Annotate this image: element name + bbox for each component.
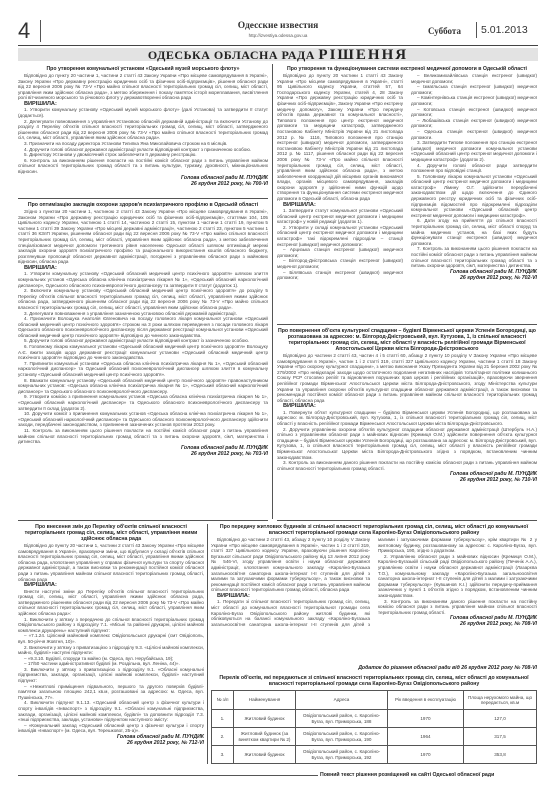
resolution-item: 1. Утворити комунальну установу «Одеськи… — [18, 107, 268, 118]
resolution-item: 9. Утворити комісію з припинення комунал… — [18, 394, 268, 411]
article-title: Про оптимізацію закладів охорони здоров'… — [18, 202, 268, 208]
masthead: 4 Одесские известия http://izvestiya.ode… — [18, 18, 538, 46]
resolution-item: 2. Управлінню обласної ради з майнових в… — [378, 554, 537, 599]
resolution-item: 8. Вважати комунальну установу «Одеський… — [18, 378, 268, 395]
cell-year: 1970 — [388, 710, 464, 728]
resolution-item: – Ізмаїльська станція екстреної (швидкої… — [411, 84, 537, 95]
resolution-item: – «Нежитлові приміщення підвального, пер… — [18, 684, 204, 701]
cell-number: 1. — [212, 710, 234, 728]
cell-area: 127,0 — [464, 710, 537, 728]
article-preamble: Відповідно до пункту 20 частини 1, части… — [18, 543, 204, 582]
resolution-item: – Котовська станція екстреної (швидкої) … — [411, 107, 537, 118]
resolution-item: – «Комунальний заклад «Одеський обласний… — [18, 723, 204, 734]
page-number: 4 — [18, 20, 41, 42]
article-preamble: Відповідно до частини 2 статті 43, абзац… — [211, 537, 370, 593]
resolution-item: 7. Контроль за виконанням цього рішення … — [411, 246, 537, 268]
resolution-item: 3. Виключити у зв'язку з приватизацією з… — [18, 667, 204, 684]
cell-year: 1970 — [388, 746, 464, 764]
resolution-item: 7. Припинити комунальні установи «Одеськ… — [18, 361, 268, 378]
col-name: Найменування — [234, 691, 296, 710]
resolution-item: 4. Виключити підпункт 9.1.13. «Одеський … — [18, 700, 204, 722]
article-housing-transfer: Про передачу житлових будинків зі спільн… — [211, 524, 537, 627]
article-armenian-church: Про повернення об'єкта культурної спадщи… — [277, 328, 537, 483]
resolution-item: – «7.1.24. Цілісний майновий комплекс Ов… — [18, 633, 204, 644]
article-psychiatric: Про оптимізацію закладів охорони здоров'… — [18, 202, 268, 457]
decree-number: 26 грудня 2012 року, № 703-VI — [18, 451, 268, 457]
article-body: Відповідно до частини 2 статті 43, части… — [277, 353, 537, 483]
article-body: Відповідно до пункту 20 частини 1, части… — [18, 73, 268, 187]
article-preamble: Відповідно до пункту 20 частини 1, части… — [18, 73, 268, 101]
resolution-item: 1. Повернути об'єкт культурної спадщини … — [277, 410, 537, 427]
resolution-item: – Комінтернівська станція екстреної (шви… — [411, 95, 537, 106]
resolution-item: 1. Виключити у зв'язку з передачею до сп… — [18, 617, 204, 634]
cell-address: Овідіопольський район, с. Кароліно-Бугаз… — [296, 728, 388, 746]
divider — [277, 520, 537, 521]
decree-number: 26 грудня 2012 року, № 710-VI — [277, 477, 537, 483]
cell-name: Житловий будинок — [234, 710, 296, 728]
resolution-item: 11. Контроль за виконанням цього рішення… — [18, 428, 268, 445]
divider — [18, 520, 268, 521]
resolution-item: 1. Затвердити статут комунальної установ… — [277, 208, 403, 225]
resolution-item: 3. Контроль за виконанням даного рішення… — [277, 460, 537, 471]
column-divider — [272, 64, 273, 519]
column-divider — [207, 524, 208, 764]
resolution-item: 3. Затвердити Типове положення про станц… — [411, 140, 537, 162]
resolution-item: 2. Включити комунальну установу «Одеськи… — [18, 288, 268, 310]
appendix-heading: Додаток до рішення обласної ради від 26 … — [211, 665, 537, 671]
newspaper-name: Одесские известия — [168, 21, 388, 31]
article-title: Про утворення комунальної установи «Одес… — [18, 66, 268, 72]
banner-council: ОДЕСЬКА ОБЛАСНА РАДА — [148, 48, 319, 62]
resolution-item: 1. Утворити комунальну установу «Одеськи… — [18, 271, 268, 288]
resolution-item: 6. Контроль за виконанням рішення поклас… — [18, 158, 268, 175]
resolution-item: – Біляївська станція екстреної (швидкої)… — [277, 270, 403, 281]
footer-rule — [18, 775, 318, 776]
decree-number: 26 грудня 2012 року, № 700-VI — [18, 181, 268, 187]
article-body: Відповідно до пункту 20 частини 1 статті… — [277, 73, 537, 281]
cell-year: 1964 — [388, 728, 464, 746]
decree-number: 26 грудня 2012 року, № 712-VI — [18, 740, 204, 746]
cell-number: 3. — [212, 746, 234, 764]
article-body: Відповідно до пункту 20 частини 1, части… — [18, 543, 204, 746]
resolution-item: 4. Призначити Волощука Анатолія Євгенови… — [18, 316, 268, 338]
table-row: 3. Житловий будинок Овідіопольський райо… — [212, 746, 537, 764]
divider — [277, 324, 537, 325]
resolution-item: – Одеська станція екстреної (швидкої) ме… — [411, 129, 537, 140]
table-row: 1. Житловий будинок Овідіопольський райо… — [212, 710, 537, 728]
cell-area: 317,5 — [464, 728, 537, 746]
table-row: 2. Житловий будинок (за винятком квартир… — [212, 728, 537, 746]
resolution-item: 10. Доручити комісії з припинення комуна… — [18, 411, 268, 428]
resolution-item: – Білгород-Дністровська станція екстрено… — [277, 258, 403, 269]
col-year: Рік введення в експлуатацію — [388, 691, 464, 710]
col-number: № з/п — [212, 691, 234, 710]
article-title: Про внесення змін до Переліку об'єктів с… — [18, 524, 204, 542]
article-list-changes: Про внесення змін до Переліку об'єктів с… — [18, 524, 204, 746]
resolution-item: – Великомихайлівська станція екстреної (… — [411, 73, 537, 84]
divider — [18, 198, 268, 199]
objects-table: № з/п Найменування Адреса Рік введення в… — [211, 690, 537, 764]
article-preamble: Відповідно до частини 2 статті 43, части… — [277, 353, 537, 403]
article-preamble: Згідно з пунктом 20 частини 1, частиною … — [18, 209, 268, 265]
resolution-item: 2. Виключити у зв'язку з приватизацією з… — [18, 645, 204, 656]
article-title: Про повернення об'єкта культурної спадщи… — [277, 328, 537, 352]
resolution-item: 6. Головному лікарю комунальної установи… — [18, 344, 268, 361]
issue-weekday: Суббота — [428, 26, 461, 36]
table-header-row: № з/п Найменування Адреса Рік введення в… — [212, 691, 537, 710]
cell-area: 353,8 — [464, 746, 537, 764]
resolution-item: – Любашівська станція екстреної (швидкої… — [411, 118, 537, 129]
article-body: Згідно з пунктом 20 частини 1, частиною … — [18, 209, 268, 457]
decree-number: 26 грудня 2012 року, № 702-VI — [411, 275, 537, 281]
cell-name: Житловий будинок — [234, 746, 296, 764]
resolution-item: – Арцизька станція екстреної (швидкої) м… — [277, 247, 403, 258]
appendix: Додаток до рішення обласної ради від 26 … — [211, 665, 537, 764]
article-title: Про передачу житлових будинків зі спільн… — [211, 524, 537, 536]
col-address: Адреса — [296, 691, 388, 710]
footer-note[interactable]: Повний текст рішення розміщений на сайті… — [320, 772, 494, 778]
resolution-item: 4. Доручити голові обласної ради затверд… — [411, 163, 537, 174]
cell-number: 2. — [212, 728, 234, 746]
article-title: Про утворення та функціонування системи … — [277, 66, 537, 72]
resolution-item: 3. Контроль за виконанням даного рішення… — [378, 599, 537, 616]
cell-name: Житловий будинок (за винятком квартири №… — [234, 728, 296, 746]
decree-number: 26 грудня 2012 року, № 708-VI — [378, 621, 537, 627]
issue-date: 5.01.2013 — [476, 22, 528, 38]
article-emergency: Про утворення та функціонування системи … — [277, 66, 537, 281]
resolution-item: 2. Доручити управлінню охорони об'єктів … — [277, 427, 537, 461]
cell-address: Овідіопольський район, с. Кароліно-Бугаз… — [296, 710, 388, 728]
article-body: Відповідно до частини 2 статті 43, абзац… — [211, 537, 537, 627]
newspaper-url[interactable]: http://izvestiya.odessa.gov.ua — [168, 33, 388, 38]
resolution-item: 5. Головному лікарю комунальної установи… — [411, 174, 537, 219]
resolution-item: 6. Дати згоду на прийняття до спільної в… — [411, 218, 537, 246]
appendix-title: Перелік об'єктів, які передаються зі спі… — [211, 675, 537, 687]
resolution-item: 2. Утворити у складі комунальної установ… — [277, 225, 403, 247]
banner-decision: РІШЕННЯ — [318, 47, 408, 63]
section-banner: ОДЕСЬКА ОБЛАСНА РАДА РІШЕННЯ — [18, 48, 538, 61]
cell-address: Овідіопольський район, с. Кароліно-Бугаз… — [296, 746, 388, 764]
resolution-item: Внести наступні зміни до Переліку об'єкт… — [18, 589, 204, 617]
article-preamble: Відповідно до пункту 20 частини 1 статті… — [277, 73, 403, 202]
col-area: Площа нерухомого майна, що передається, … — [464, 691, 537, 710]
resolution-item: 2. Делегувати повноваження з управління … — [18, 119, 268, 141]
article-museum: Про утворення комунальної установи «Одес… — [18, 66, 268, 187]
